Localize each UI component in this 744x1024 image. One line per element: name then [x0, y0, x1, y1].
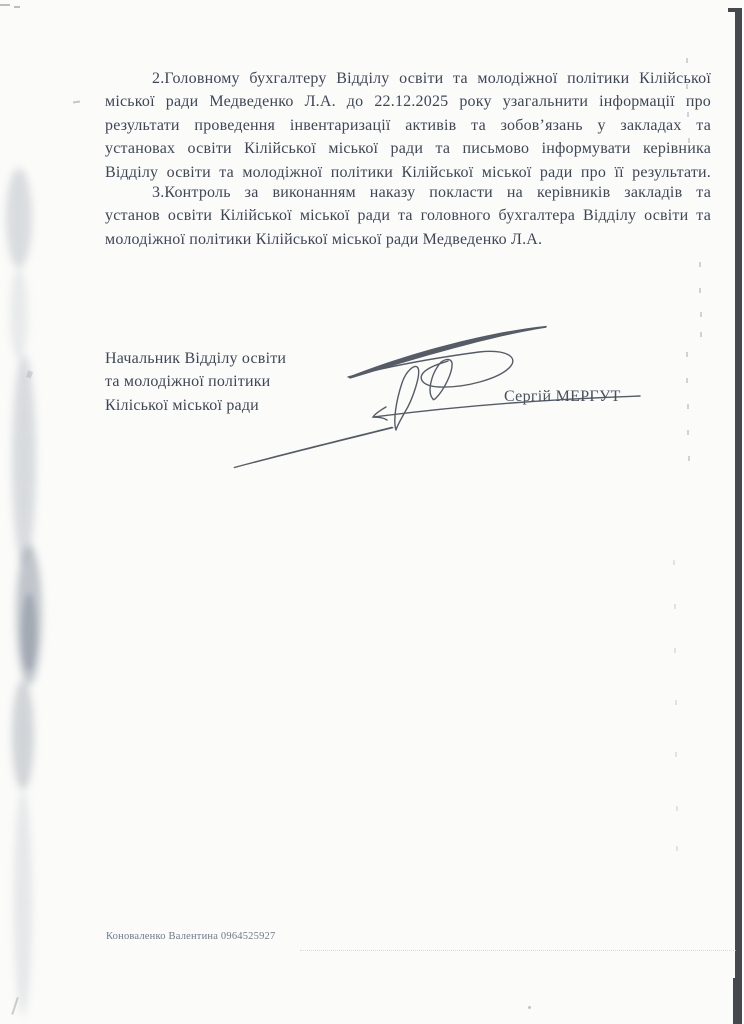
scan-tick — [700, 312, 702, 317]
scan-tick — [674, 604, 676, 609]
scan-tick — [675, 700, 677, 705]
paragraph-2-line-2: міської ради Медведенко Л.А. до 22.12.20… — [105, 90, 711, 113]
scan-edge-right-foot — [733, 978, 742, 1024]
scan-faint-rule — [300, 950, 736, 951]
scan-tick — [686, 378, 688, 383]
scan-edge-right-notch — [728, 8, 737, 12]
scan-tick — [688, 456, 690, 461]
scan-speck — [528, 1006, 531, 1009]
scan-tick — [676, 806, 678, 811]
scan-tick — [673, 560, 675, 565]
scan-tick — [686, 84, 688, 89]
scan-tick — [700, 332, 702, 337]
paragraph-3-line-2: установ освіти Кілійської міської ради т… — [105, 204, 711, 227]
scanned-document-page: 2.Головному бухгалтеру Відділу освіти та… — [0, 0, 744, 1024]
paragraph-2-line-4: установах освіти Кілійської міської ради… — [105, 137, 711, 160]
scan-speck — [11, 997, 18, 1015]
paragraph-3-line-1: 3.Контроль за виконанням наказу покласти… — [105, 181, 711, 204]
scan-speck — [0, 4, 10, 6]
signer-name: Сергій МЕРГУТ — [504, 385, 621, 408]
paragraph-2-line-1: 2.Головному бухгалтеру Відділу освіти та… — [105, 67, 711, 90]
paragraph-3: 3.Контроль за виконанням наказу покласти… — [105, 181, 711, 251]
scan-tick — [676, 846, 678, 851]
scan-tick — [687, 404, 689, 409]
scan-speck — [26, 370, 33, 378]
scan-tick — [687, 430, 689, 435]
scan-smudge — [14, 790, 32, 1015]
scan-tick — [699, 262, 701, 267]
scan-tick — [687, 112, 689, 117]
scan-tick — [688, 138, 690, 143]
scan-smudge — [10, 268, 28, 360]
scan-smudge — [12, 355, 36, 565]
paragraph-2: 2.Головному бухгалтеру Відділу освіти та… — [105, 67, 711, 184]
footer-contact: Коноваленко Валентина 0964525927 — [106, 930, 275, 944]
paragraph-3-line-3: молодіжної політики Кілійської міської р… — [105, 228, 711, 251]
paragraph-2-line-3: результати проведення інвентаризації акт… — [105, 114, 711, 137]
scan-speck — [14, 6, 20, 8]
scan-speck — [73, 101, 80, 104]
scan-tick — [699, 288, 701, 293]
scan-tick — [675, 752, 677, 757]
scan-smudge — [22, 593, 36, 671]
scan-tick — [686, 58, 688, 63]
scan-smudge — [6, 168, 32, 268]
scan-edge-right-bar — [735, 8, 742, 1024]
scan-tick — [686, 352, 688, 357]
scan-smudge — [12, 680, 34, 790]
scan-tick — [674, 648, 676, 653]
